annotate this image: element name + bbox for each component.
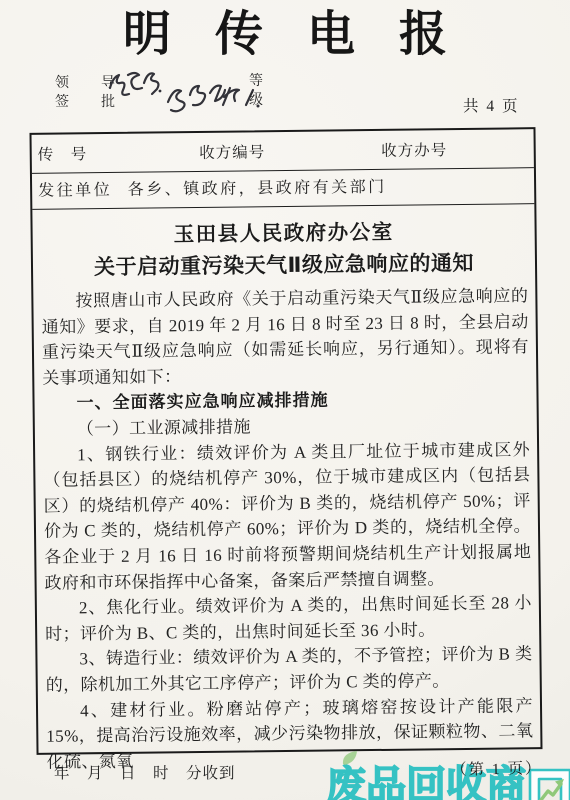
- document-body: 按照唐山市人民政府《关于启动重污染天气Ⅱ级应急响应的通知》要求，自 2019 年…: [33, 276, 541, 775]
- approval-row: 领 导签 批 等级 共 4 页: [0, 72, 570, 122]
- document-subject-title: 关于启动重污染天气Ⅱ级应急响应的通知: [33, 246, 535, 282]
- received-time-label: 年 月 日 时 分收到: [54, 761, 236, 783]
- body-paragraph: 按照唐山市人民政府《关于启动重污染天气Ⅱ级应急响应的通知》要求，自 2019 年…: [41, 283, 529, 391]
- leaf-icon: [341, 749, 361, 767]
- grade-label-line2: 级: [249, 93, 263, 108]
- form-header-row: 传 号 收方编号 收方办号: [32, 129, 534, 174]
- recipient-number-field-label: 收方编号: [199, 140, 265, 163]
- send-to-value: 各乡、镇政府，县政府有关部门: [128, 179, 387, 199]
- body-paragraph: 2、焦化行业。绩效评价为 A 类的，出焦时间延长至 28 小时；评价为 B、C …: [45, 590, 533, 647]
- body-paragraph: 1、钢铁行业：绩效评价为 A 类且厂址位于城市建成区外（包括县区）的烧结机停产 …: [43, 437, 532, 596]
- transmit-number-field-label: 传 号: [38, 142, 88, 165]
- telegram-form-box: 传 号 收方编号 收方办号 发往单位 各乡、镇政府，县政府有关部门 玉田县人民政…: [29, 127, 542, 755]
- grade-label-line1: 等: [249, 74, 263, 89]
- issuing-org-title: 玉田县人民政府办公室: [32, 213, 534, 249]
- send-to-label: 发往单位: [38, 182, 112, 200]
- grade-label: 等级: [248, 72, 264, 110]
- telegram-document-page: 明传电报 领 导签 批 等级 共 4 页 传 号 收方编号: [0, 0, 570, 800]
- telegram-title: 明传电报: [0, 6, 570, 64]
- recipient-handling-number-field-label: 收方办号: [381, 138, 447, 161]
- body-paragraph: 3、铸造行业：绩效评价为 A 类的，不予管控；评价为 B 类的，除机加工外其它工…: [45, 642, 533, 699]
- send-to-row: 发往单位 各乡、镇政府，县政府有关部门: [32, 168, 534, 210]
- page-number: （第 1 页）: [451, 756, 543, 780]
- total-pages-label: 共 4 页: [463, 94, 520, 116]
